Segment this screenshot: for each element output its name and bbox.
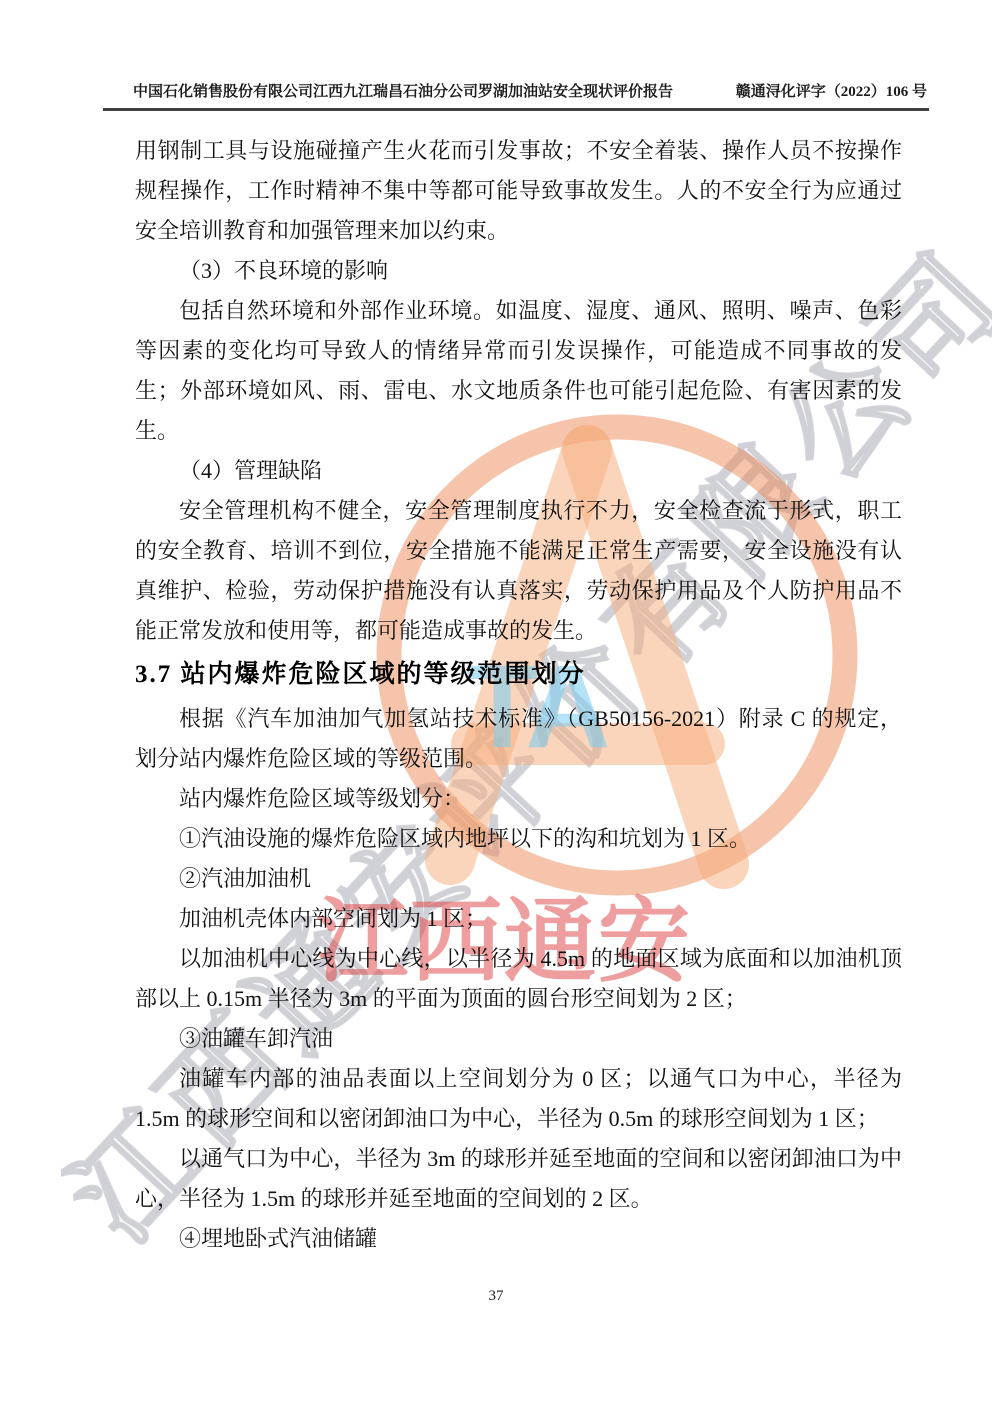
document-number: 赣通浔化评字（2022）106 号 [736,80,927,101]
page-footer: 37 [0,1288,992,1305]
paragraph: ①汽油设施的爆炸危险区域内地坪以下的沟和坑划为 1 区。 [135,819,902,859]
report-page: 江西通安评价有限公司 TA 江西通安 中国石化销售股份有限公司江西九江瑞昌石油分… [0,0,992,1403]
paragraph: 站内爆炸危险区域等级划分： [135,779,902,819]
paragraph: 安全管理机构不健全，安全管理制度执行不力，安全检查流于形式，职工的安全教育、培训… [135,491,902,651]
paragraph: 包括自然环境和外部作业环境。如温度、湿度、通风、照明、噪声、色彩等因素的变化均可… [135,291,902,451]
page-header: 中国石化销售股份有限公司江西九江瑞昌石油分公司罗湖加油站安全现状评价报告 赣通浔… [103,80,929,111]
paragraph: 加油机壳体内部空间划为 1 区； [135,899,902,939]
paragraph: 以通气口为中心，半径为 3m 的球形并延至地面的空间和以密闭卸油口为中心，半径为… [135,1139,902,1219]
paragraph: ③油罐车卸汽油 [135,1019,902,1059]
report-title: 中国石化销售股份有限公司江西九江瑞昌石油分公司罗湖加油站安全现状评价报告 [133,80,673,101]
paragraph: （4）管理缺陷 [135,451,902,491]
paragraph: 用钢制工具与设施碰撞产生火花而引发事故；不安全着装、操作人员不按操作规程操作，工… [135,131,902,251]
paragraph: 根据《汽车加油加气加氢站技术标准》（GB50156-2021）附录 C 的规定，… [135,699,902,779]
page-number: 37 [489,1288,504,1304]
paragraph: ④埋地卧式汽油储罐 [135,1219,902,1259]
section-heading: 3.7 站内爆炸危险区域的等级范围划分 [135,654,902,696]
paragraph: 以加油机中心线为中心线，以半径为 4.5m 的地面区域为底面和以加油机顶部以上 … [135,939,902,1019]
paragraph: 油罐车内部的油品表面以上空间划分为 0 区；以通气口为中心，半径为 1.5m 的… [135,1059,902,1139]
paragraph: ②汽油加油机 [135,859,902,899]
report-body: 用钢制工具与设施碰撞产生火花而引发事故；不安全着装、操作人员不按操作规程操作，工… [135,131,902,1259]
paragraph: （3）不良环境的影响 [135,251,902,291]
